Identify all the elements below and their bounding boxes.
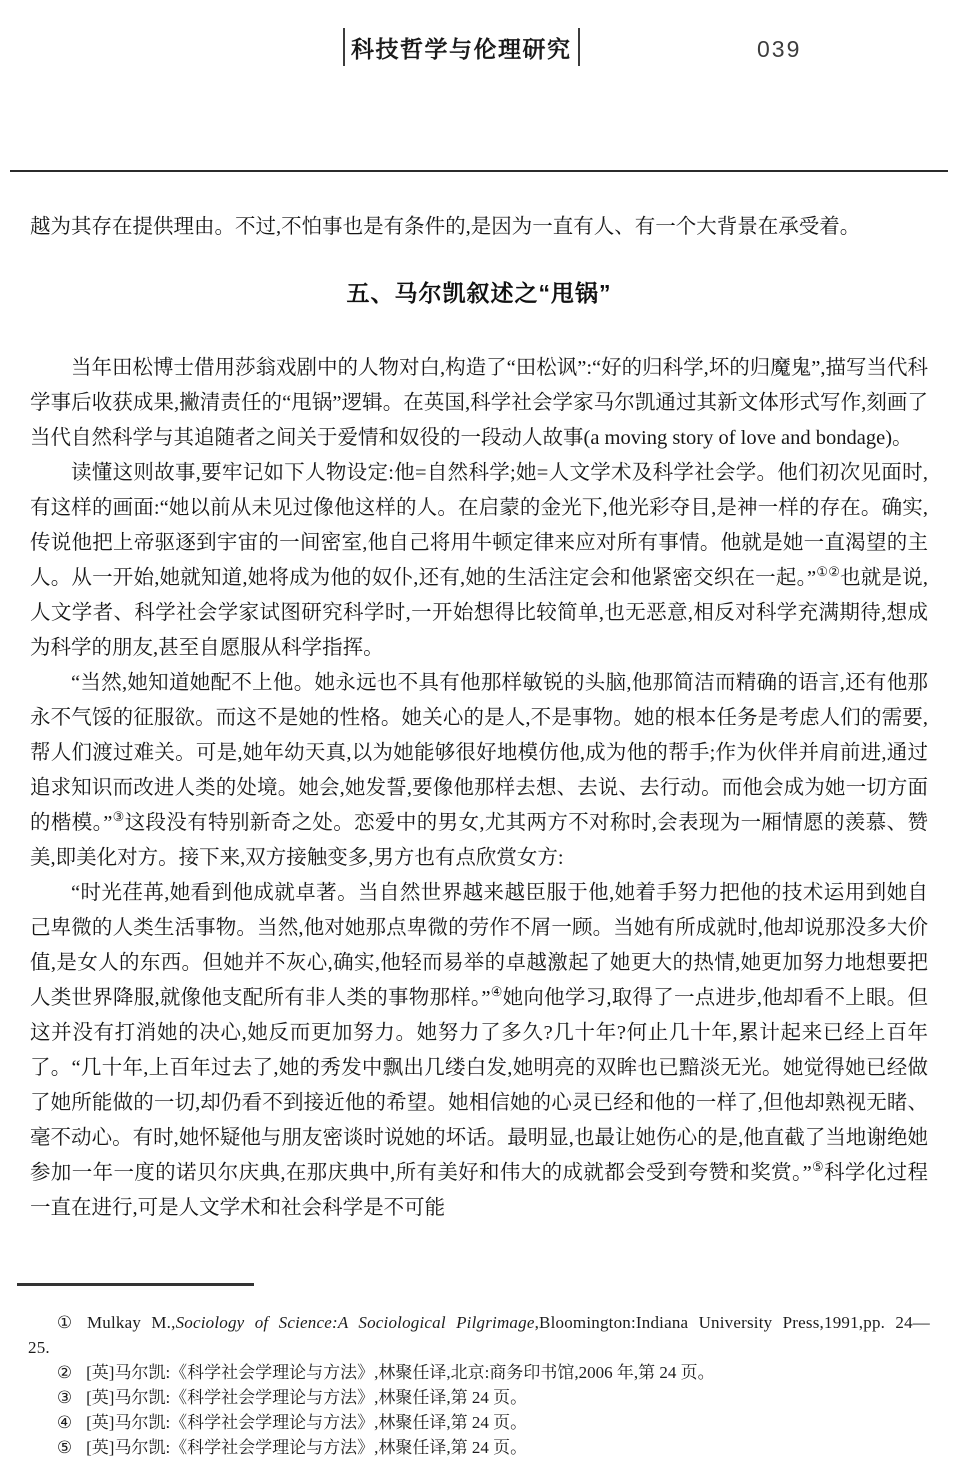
text-run: 这段没有特别新奇之处。恋爱中的男女,尤其两方不对称时,会表现为一厢情愿的羡慕、赞… <box>30 812 928 869</box>
footnote-marker-1: ① <box>57 1313 73 1332</box>
footnote-text-3: [英]马尔凯:《科学社会学理论与方法》,林聚任译,第 24 页。 <box>86 1388 527 1407</box>
footnote-ref: ④ <box>491 984 503 999</box>
article-body: 越为其存在提供理由。不过,不怕事也是有条件的,是因为一直有人、有一个大背景在承受… <box>30 210 928 1226</box>
footnote-marker-3: ③ <box>57 1388 72 1407</box>
continuation-paragraph: 越为其存在提供理由。不过,不怕事也是有条件的,是因为一直有人、有一个大背景在承受… <box>30 210 928 245</box>
journal-header: 科技哲学与伦理研究 <box>343 28 580 66</box>
text-run: [英]马尔凯:《科学社会学理论与方法》,林聚任译,第 24 页。 <box>86 1438 527 1457</box>
journal-page: 科技哲学与伦理研究 039 越为其存在提供理由。不过,不怕事也是有条件的,是因为… <box>0 0 958 1476</box>
text-run: 读懂这则故事,要牢记如下人物设定:他=自然科学;她=人文学术及科学社会学。他们初… <box>30 462 928 589</box>
body-paragraph-2: 读懂这则故事,要牢记如下人物设定:他=自然科学;她=人文学术及科学社会学。他们初… <box>30 456 928 666</box>
footnote-text-1: Mulkay M.,Sociology of Science:A Sociolo… <box>28 1313 930 1357</box>
title-divider-right <box>578 28 580 66</box>
body-paragraph-3: “当然,她知道她配不上他。她永远也不具有他那样敏锐的头脑,他那简洁而精确的语言,… <box>30 666 928 876</box>
text-run: [英]马尔凯:《科学社会学理论与方法》,林聚任译,第 24 页。 <box>86 1388 527 1407</box>
body-paragraph-1: 当年田松博士借用莎翁戏剧中的人物对白,构造了“田松讽”:“好的归科学,坏的归魔鬼… <box>30 351 928 456</box>
section-heading: 五、马尔凯叙述之“甩锅” <box>30 277 928 309</box>
text-run: Mulkay M., <box>87 1313 176 1332</box>
text-run: 当年田松博士借用莎翁戏剧中的人物对白,构造了“田松讽”:“好的归科学,坏的归魔鬼… <box>30 357 928 449</box>
footnote-1: ①Mulkay M.,Sociology of Science:A Sociol… <box>28 1310 930 1360</box>
footnote-marker-5: ⑤ <box>57 1438 72 1457</box>
page-number: 039 <box>757 36 801 63</box>
body-paragraph-4: “时光荏苒,她看到他成就卓著。当自然世界越来越臣服于他,她着手努力把他的技术运用… <box>30 876 928 1226</box>
text-run: 越为其存在提供理由。不过,不怕事也是有条件的,是因为一直有人、有一个大背景在承受… <box>30 216 860 238</box>
footnote-marker-2: ② <box>57 1363 72 1382</box>
footnote-ref: ⑤ <box>812 1159 824 1174</box>
footnote-2: ②[英]马尔凯:《科学社会学理论与方法》,林聚任译,北京:商务印书馆,2006 … <box>28 1360 930 1385</box>
footnotes-section: ①Mulkay M.,Sociology of Science:A Sociol… <box>28 1310 930 1460</box>
footnote-text-4: [英]马尔凯:《科学社会学理论与方法》,林聚任译,第 24 页。 <box>86 1413 527 1432</box>
footnote-4: ④[英]马尔凯:《科学社会学理论与方法》,林聚任译,第 24 页。 <box>28 1410 930 1435</box>
text-run: Sociology of Science:A Sociological Pilg… <box>176 1313 535 1332</box>
footnote-5: ⑤[英]马尔凯:《科学社会学理论与方法》,林聚任译,第 24 页。 <box>28 1435 930 1460</box>
text-run: “当然,她知道她配不上他。她永远也不具有他那样敏锐的头脑,他那简洁而精确的语言,… <box>30 672 928 834</box>
text-run: 她向他学习,取得了一点进步,他却看不上眼。但这并没有打消她的决心,她反而更加努力… <box>30 987 928 1184</box>
text-run: [英]马尔凯:《科学社会学理论与方法》,林聚任译,第 24 页。 <box>86 1413 527 1432</box>
journal-title-text: 科技哲学与伦理研究 <box>345 31 578 64</box>
footnote-ref: ①② <box>816 564 840 579</box>
footnote-marker-4: ④ <box>57 1413 72 1432</box>
text-run: [英]马尔凯:《科学社会学理论与方法》,林聚任译,北京:商务印书馆,2006 年… <box>86 1363 715 1382</box>
footnote-text-5: [英]马尔凯:《科学社会学理论与方法》,林聚任译,第 24 页。 <box>86 1438 527 1457</box>
footnote-ref: ③ <box>112 809 124 824</box>
footnote-3: ③[英]马尔凯:《科学社会学理论与方法》,林聚任译,第 24 页。 <box>28 1385 930 1410</box>
footnote-rule <box>17 1283 254 1286</box>
footnote-text-2: [英]马尔凯:《科学社会学理论与方法》,林聚任译,北京:商务印书馆,2006 年… <box>86 1363 715 1382</box>
header-rule <box>10 170 948 172</box>
